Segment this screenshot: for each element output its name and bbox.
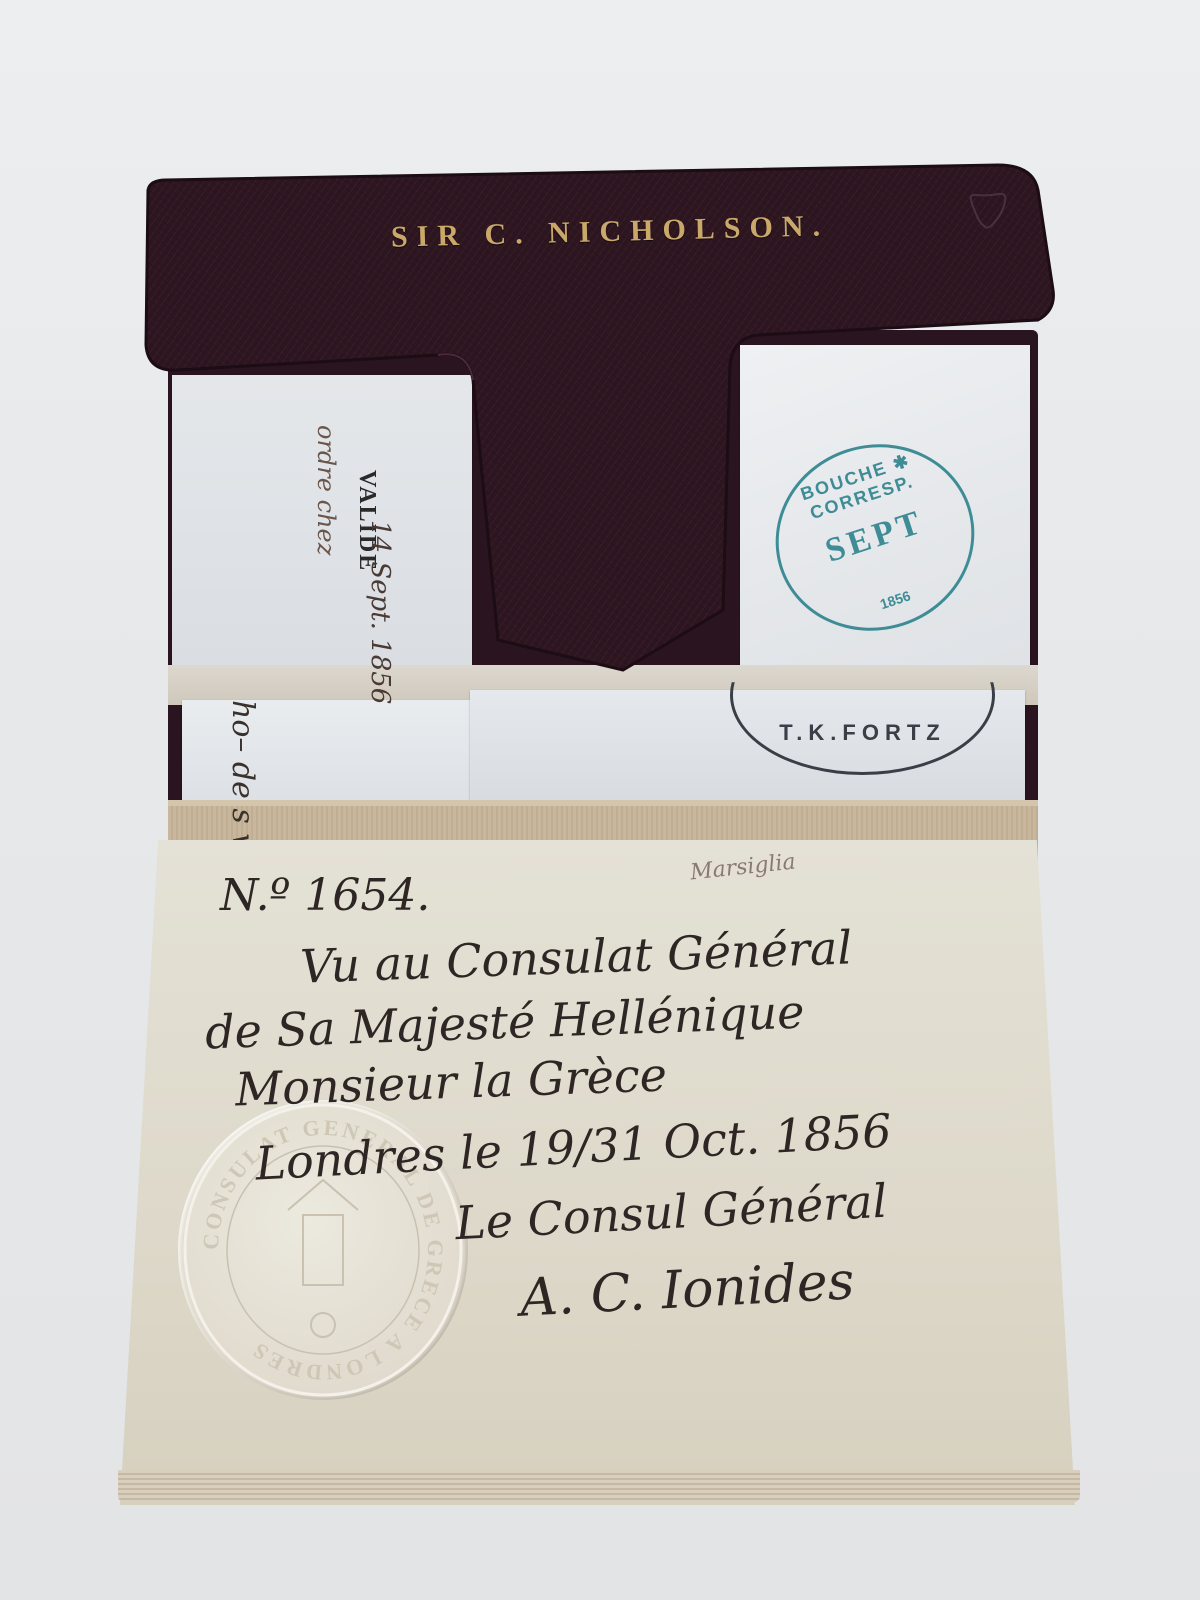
visa-number: N.º 1654. [220, 870, 430, 921]
page-edges [118, 1470, 1080, 1502]
heart-emblem-icon [965, 192, 1011, 232]
stamp-bottom-text: T.K.FORTZ [733, 720, 992, 746]
